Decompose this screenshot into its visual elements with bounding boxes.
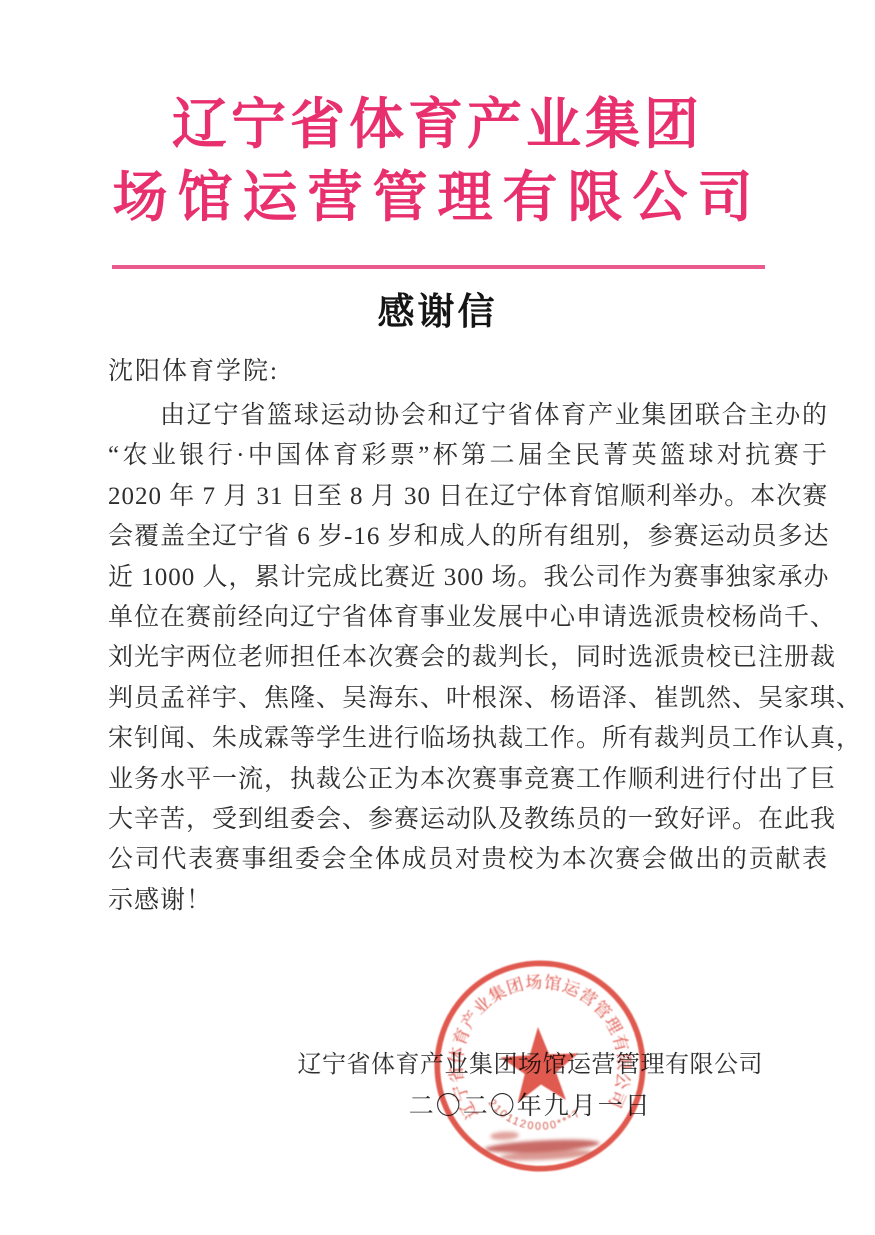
seal-star-icon — [499, 1025, 581, 1103]
seal-code: 2101120000***7 — [485, 1093, 584, 1136]
letterhead-line2: 场馆运营管理有限公司 — [0, 161, 875, 234]
letterhead-divider — [112, 265, 765, 269]
salutation: 沈阳体育学院: — [108, 352, 279, 392]
body-line: 大辛苦，受到组委会、参赛运动队及教练员的一致好评。在此我 — [108, 800, 828, 840]
letter-body: 由辽宁省篮球运动协会和辽宁省体育产业集团联合主办的 “农业银行·中国体育彩票”杯… — [108, 396, 828, 921]
body-line: 判员孟祥宇、焦隆、吴海东、叶根深、杨语泽、崔凯然、吴家琪、 — [108, 679, 828, 719]
body-line: 公司代表赛事组委会全体成员对贵校为本次赛会做出的贡献表 — [108, 840, 828, 880]
company-seal: 辽宁省体育产业集团场馆运营管理有限公司 2101120000***7 — [421, 947, 659, 1185]
body-line: 近 1000 人，累计完成比赛近 300 场。我公司作为赛事独家承办 — [108, 558, 828, 598]
body-line: 单位在赛前经向辽宁省体育事业发展中心申请选派贵校杨尚千、 — [108, 598, 828, 638]
letter-title: 感谢信 — [0, 291, 875, 335]
body-line: 2020 年 7 月 31 日至 8 月 30 日在辽宁体育馆顺利举办。本次赛 — [108, 477, 828, 517]
body-line: 业务水平一流，执裁公正为本次赛事竞赛工作顺利进行付出了巨 — [108, 760, 828, 800]
letterhead: 辽宁省体育产业集团 场馆运营管理有限公司 — [0, 88, 875, 234]
body-line: 由辽宁省篮球运动协会和辽宁省体育产业集团联合主办的 — [108, 396, 828, 436]
body-line: “农业银行·中国体育彩票”杯第二届全民菁英篮球对抗赛于 — [108, 436, 828, 476]
letter-page: 辽宁省体育产业集团 场馆运营管理有限公司 感谢信 沈阳体育学院: 由辽宁省篮球运… — [0, 0, 875, 1235]
letterhead-line1: 辽宁省体育产业集团 — [0, 88, 875, 161]
body-line: 宋钊闻、朱成霖等学生进行临场执裁工作。所有裁判员工作认真， — [108, 719, 828, 759]
body-line: 刘光宇两位老师担任本次赛会的裁判长，同时选派贵校已注册裁 — [108, 638, 828, 678]
body-line: 示感谢！ — [108, 881, 828, 921]
body-line: 会覆盖全辽宁省 6 岁-16 岁和成人的所有组别，参赛运动员多达 — [108, 517, 828, 557]
